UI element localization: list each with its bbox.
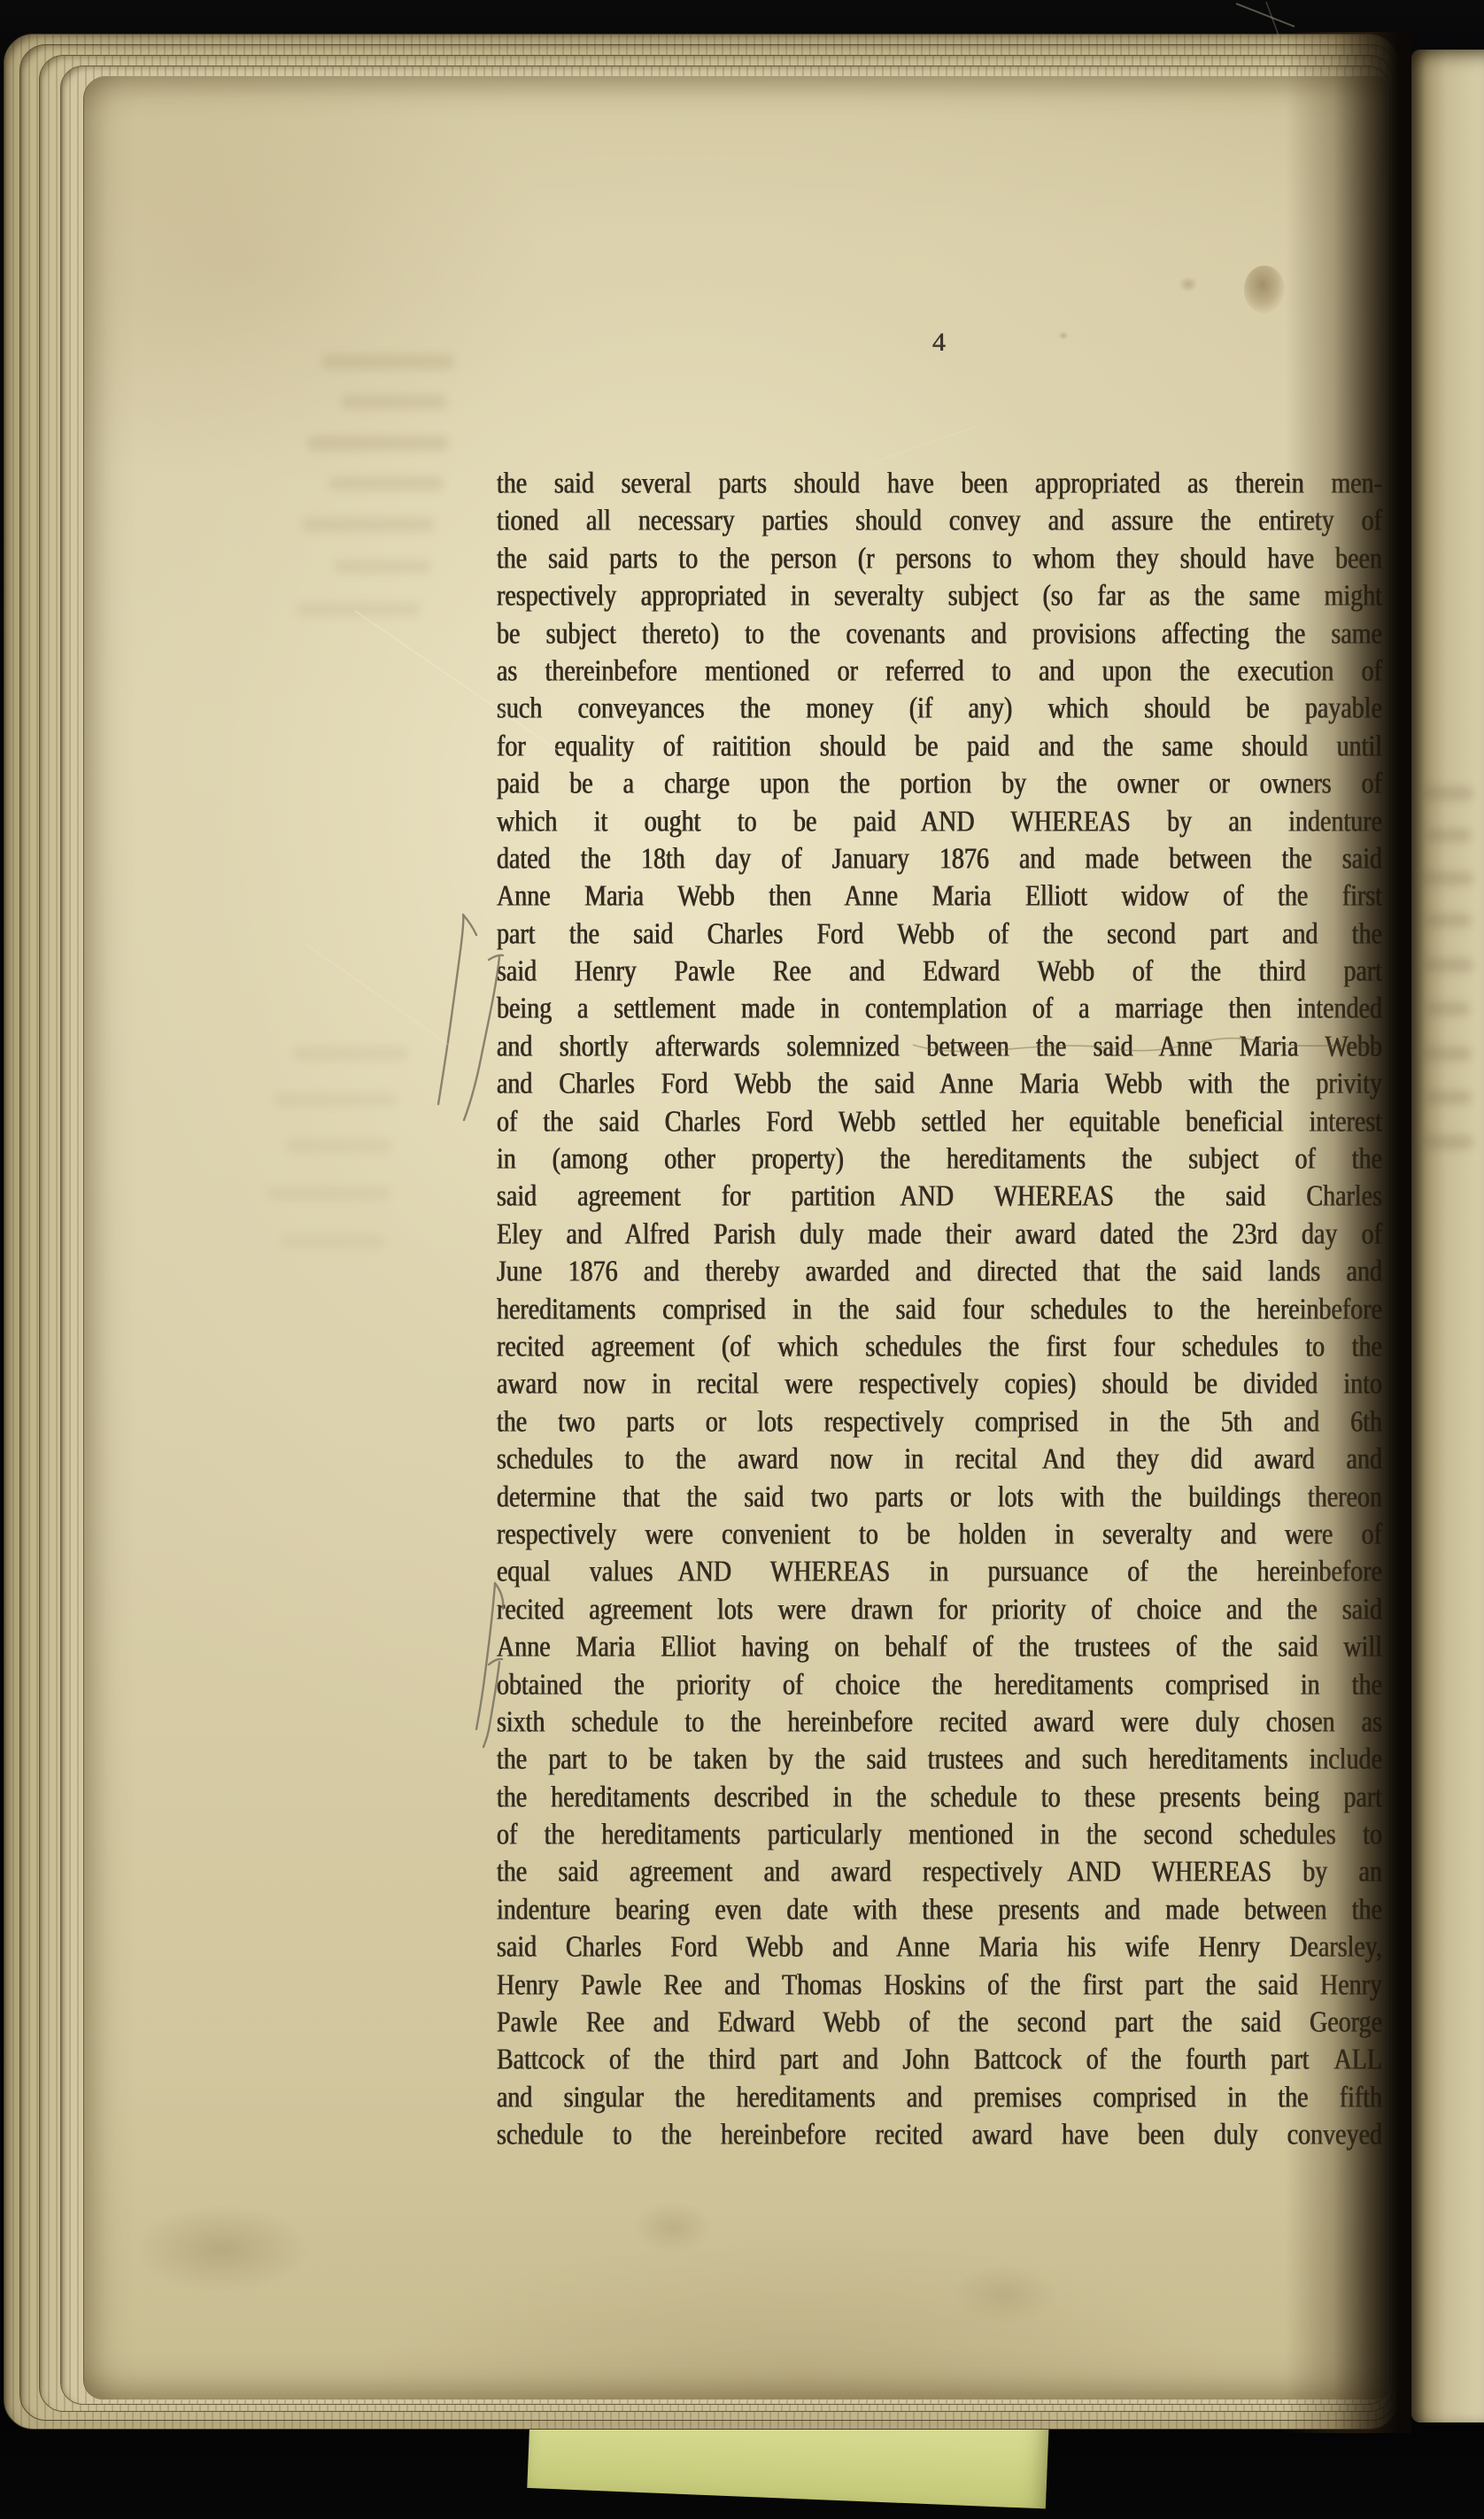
- facing-page-edge: [1411, 50, 1484, 2422]
- backdrop-scratch: [1222, 0, 1328, 53]
- book-gutter-shadow: [1286, 32, 1411, 2433]
- document-page: 4 the said several parts should have bee…: [83, 76, 1387, 2399]
- pencil-margin-marks: [84, 76, 1387, 2399]
- photographed-book-page: 4 the said several parts should have bee…: [0, 0, 1484, 2519]
